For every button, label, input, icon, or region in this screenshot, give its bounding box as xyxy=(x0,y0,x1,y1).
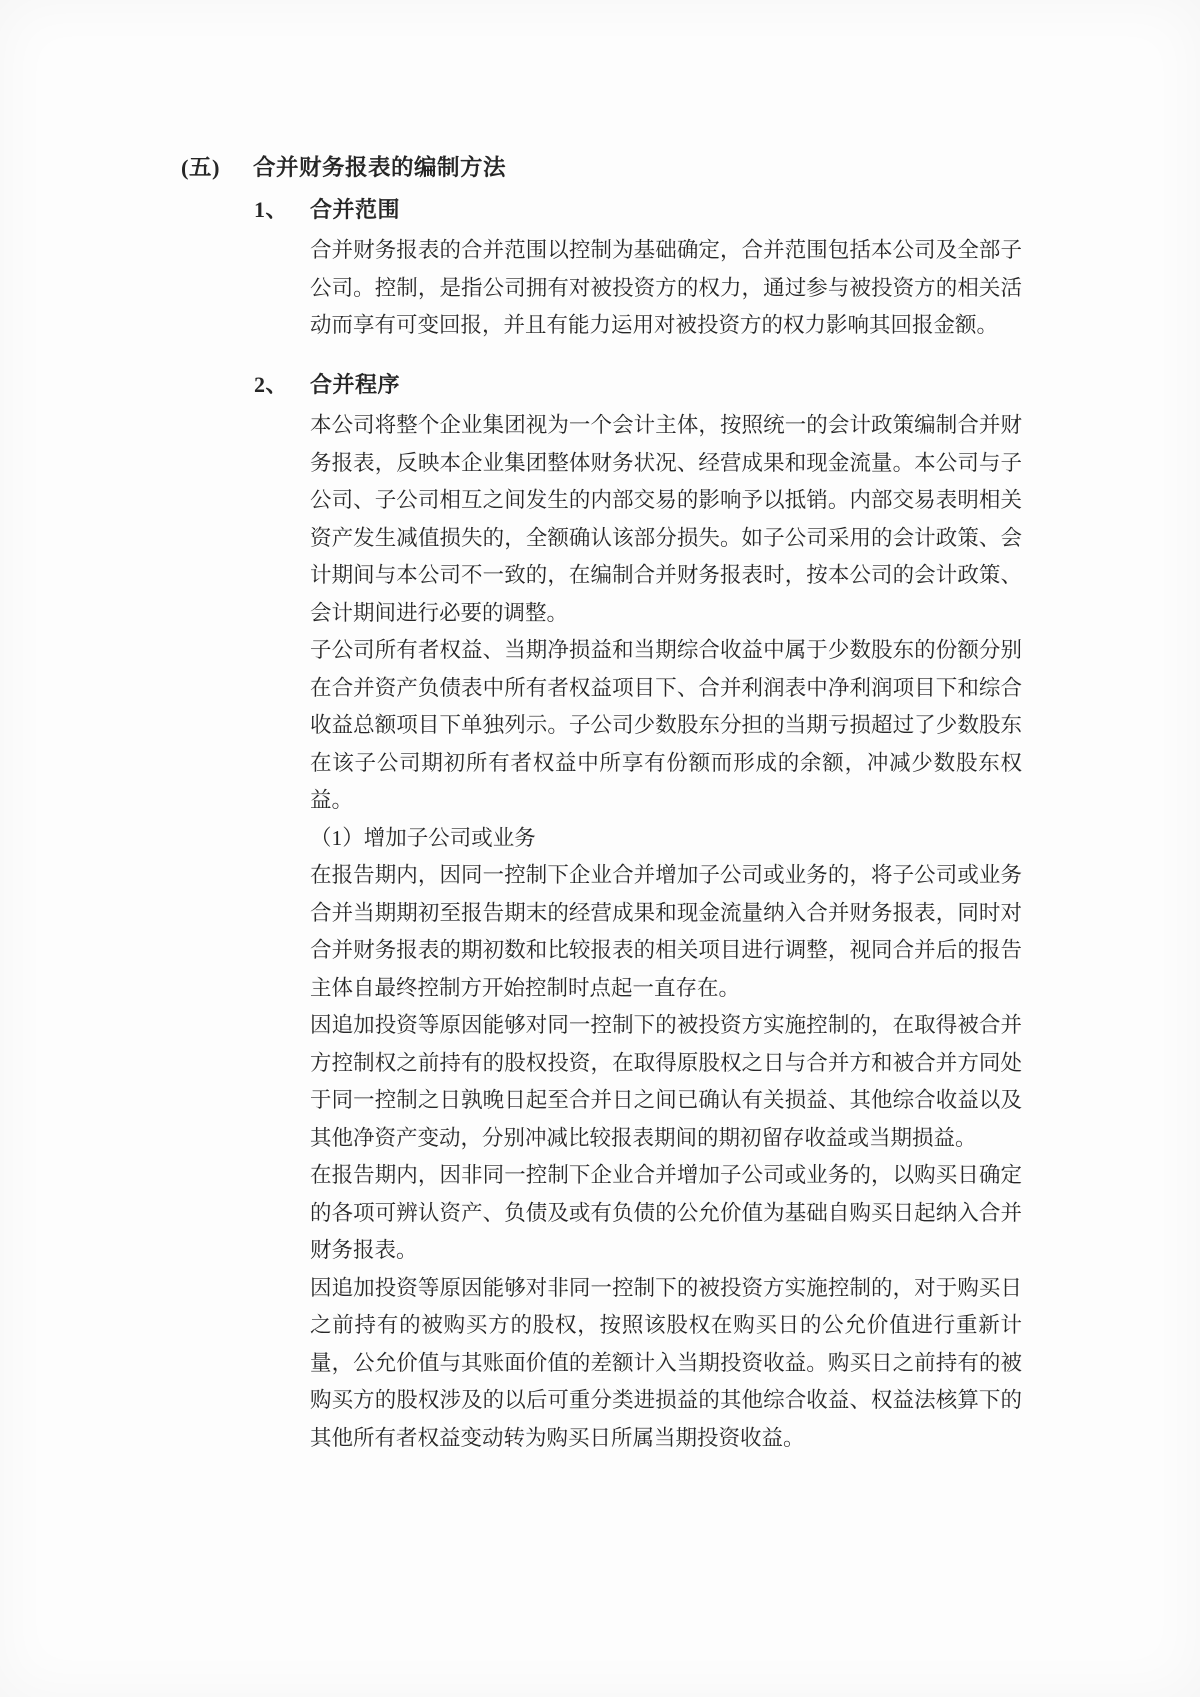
subsection-1-number: 1、 xyxy=(254,193,310,224)
section-label: (五) xyxy=(181,150,253,182)
paragraph: 因追加投资等原因能够对非同一控制下的被投资方实施控制的，对于购买日之前持有的被购… xyxy=(310,1270,1022,1458)
paragraph: 本公司将整个企业集团视为一个会计主体，按照统一的会计政策编制合并财务报表，反映本… xyxy=(310,407,1022,632)
paragraph: 合并财务报表的合并范围以控制为基础确定，合并范围包括本公司及全部子公司。控制，是… xyxy=(310,232,1022,345)
subsection-2-body: 本公司将整个企业集团视为一个会计主体，按照统一的会计政策编制合并财务报表，反映本… xyxy=(310,407,1022,1457)
subsection-1-heading: 1、 合并范围 xyxy=(254,193,400,224)
paragraph: 子公司所有者权益、当期净损益和当期综合收益中属于少数股东的份额分别在合并资产负债… xyxy=(310,632,1022,820)
subsection-2-number: 2、 xyxy=(254,368,310,399)
section-heading: (五) 合并财务报表的编制方法 xyxy=(181,150,506,182)
subsection-2-heading: 2、 合并程序 xyxy=(254,368,400,399)
item-1-heading: （1）增加子公司或业务 xyxy=(310,820,1022,858)
subsection-2-title: 合并程序 xyxy=(310,368,400,399)
section-title: 合并财务报表的编制方法 xyxy=(253,150,506,182)
paragraph: 在报告期内，因同一控制下企业合并增加子公司或业务的，将子公司或业务合并当期期初至… xyxy=(310,857,1022,1007)
document-page: (五) 合并财务报表的编制方法 1、 合并范围 合并财务报表的合并范围以控制为基… xyxy=(0,0,1200,1697)
subsection-1-body: 合并财务报表的合并范围以控制为基础确定，合并范围包括本公司及全部子公司。控制，是… xyxy=(310,232,1022,345)
paragraph: 在报告期内，因非同一控制下企业合并增加子公司或业务的，以购买日确定的各项可辨认资… xyxy=(310,1157,1022,1270)
paragraph: 因追加投资等原因能够对同一控制下的被投资方实施控制的，在取得被合并方控制权之前持… xyxy=(310,1007,1022,1157)
subsection-1-title: 合并范围 xyxy=(310,193,400,224)
